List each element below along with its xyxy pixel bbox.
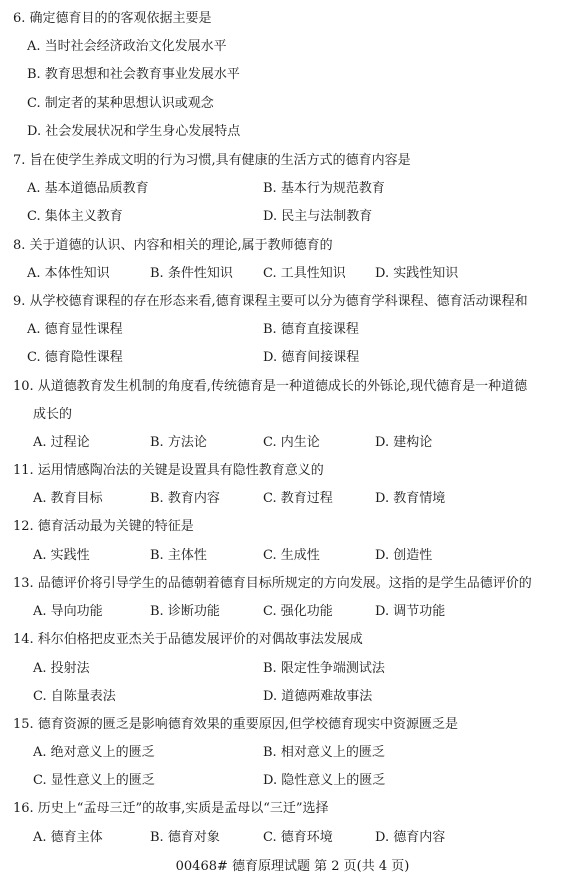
question-7-stem: 7. 旨在使学生养成文明的行为习惯,具有健康的生活方式的德育内容是 [13,151,411,171]
question-7-option-c: C. 集体主义教育 [27,207,123,227]
question-12-option-c: C. 生成性 [263,546,320,566]
question-10-option-a: A. 过程论 [33,433,90,453]
question-8-option-a: A. 本体性知识 [27,264,110,284]
question-11-option-c: C. 教育过程 [263,489,333,509]
question-14-option-a: A. 投射法 [33,659,90,679]
question-10-option-b: B. 方法论 [150,433,207,453]
question-13-option-b: B. 诊断功能 [150,602,220,622]
question-16-option-b: B. 德育对象 [150,828,220,848]
question-10-stem-continued: 成长的 [33,405,72,425]
question-16-option-c: C. 德育环境 [263,828,333,848]
question-10-stem: 10. 从道德教育发生机制的角度看,传统德育是一种道德成长的外铄论,现代德育是一… [13,377,527,397]
question-11-stem: 11. 运用情感陶冶法的关键是设置具有隐性教育意义的 [13,461,324,481]
question-6-stem: 6. 确定德育目的的客观依据主要是 [13,9,212,29]
question-9-stem: 9. 从学校德育课程的存在形态来看,德育课程主要可以分为德育学科课程、德育活动课… [13,292,528,312]
question-14-option-c: C. 自陈量表法 [33,687,116,707]
question-10-option-d: D. 建构论 [375,433,432,453]
question-12-option-d: D. 创造性 [375,546,432,566]
question-15-option-d: D. 隐性意义上的匮乏 [263,771,385,791]
question-15-option-c: C. 显性意义上的匮乏 [33,771,155,791]
question-7-option-d: D. 民主与法制教育 [263,207,372,227]
question-6-option-b: B. 教育思想和社会教育事业发展水平 [27,65,240,85]
question-11-option-d: D. 教育情境 [375,489,445,509]
question-12-stem: 12. 德育活动最为关键的特征是 [13,517,194,537]
question-6-option-d: D. 社会发展状况和学生身心发展特点 [27,122,240,142]
question-11-option-b: B. 教育内容 [150,489,220,509]
question-7-option-b: B. 基本行为规范教育 [263,179,385,199]
question-15-option-a: A. 绝对意义上的匮乏 [33,743,155,763]
question-16-stem: 16. 历史上“孟母三迁”的故事,实质是孟母以“三迁”选择 [13,799,329,819]
question-13-option-a: A. 导向功能 [33,602,103,622]
question-15-option-b: B. 相对意义上的匮乏 [263,743,385,763]
question-8-option-b: B. 条件性知识 [150,264,233,284]
question-14-option-b: B. 限定性争端测试法 [263,659,385,679]
question-6-option-c: C. 制定者的某种思想认识或观念 [27,94,214,114]
question-16-option-a: A. 德育主体 [33,828,103,848]
question-15-stem: 15. 德育资源的匮乏是影响德育效果的重要原因,但学校德育现实中资源匮乏是 [13,715,458,735]
question-9-option-b: B. 德育直接课程 [263,320,359,340]
question-9-option-a: A. 德育显性课程 [27,320,123,340]
question-13-option-d: D. 调节功能 [375,602,445,622]
question-12-option-b: B. 主体性 [150,546,207,566]
question-6-option-a: A. 当时社会经济政治文化发展水平 [27,37,227,57]
question-12-option-a: A. 实践性 [33,546,90,566]
question-9-option-d: D. 德育间接课程 [263,348,359,368]
question-16-option-d: D. 德育内容 [375,828,445,848]
question-14-stem: 14. 科尔伯格把皮亚杰关于品德发展评价的对偶故事法发展成 [13,630,363,650]
question-7-option-a: A. 基本道德品质教育 [27,179,149,199]
question-8-option-c: C. 工具性知识 [263,264,346,284]
question-13-stem: 13. 品德评价将引导学生的品德朝着德育目标所规定的方向发展。这指的是学生品德评… [13,574,532,594]
page-footer: 00468# 德育原理试题 第 2 页(共 4 页) [0,857,585,877]
question-14-option-d: D. 道德两难故事法 [263,687,372,707]
question-10-option-c: C. 内生论 [263,433,320,453]
question-8-option-d: D. 实践性知识 [375,264,458,284]
question-13-option-c: C. 强化功能 [263,602,333,622]
question-8-stem: 8. 关于道德的认识、内容和相关的理论,属于教师德育的 [13,236,333,256]
question-9-option-c: C. 德育隐性课程 [27,348,123,368]
question-11-option-a: A. 教育目标 [33,489,103,509]
